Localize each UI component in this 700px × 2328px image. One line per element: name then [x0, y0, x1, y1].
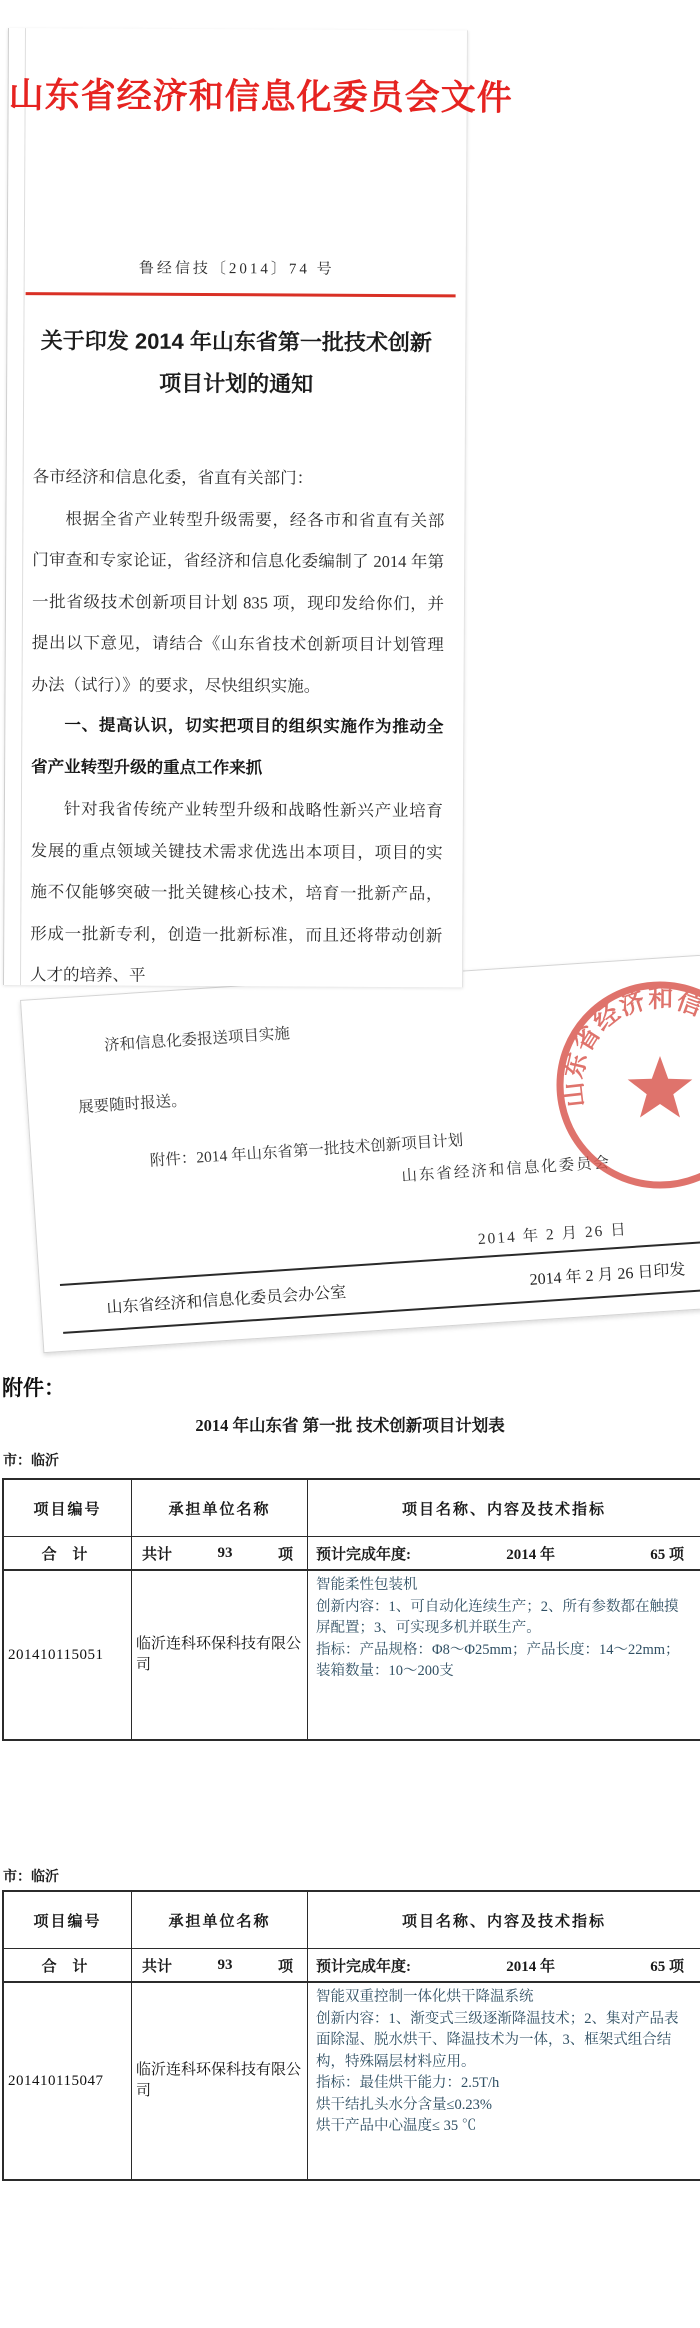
project-table-2: 项目编号 承担单位名称 项目名称、内容及技术指标 合 计 共计 93 项 预计完… [2, 1890, 700, 2181]
stamp-star-icon [628, 1056, 693, 1118]
scanned-page-1: 山东省经济和信息化委员会文件 鲁经信技〔2014〕74 号 关于印发 2014 … [3, 28, 468, 987]
project-table-1: 项目编号 承担单位名称 项目名称、内容及技术指标 合 计 共计 93 项 预计完… [2, 1478, 700, 1741]
year-count: 65 项 [650, 1955, 684, 1976]
total-row-label: 合 计 [4, 1949, 132, 1983]
document-title-line1: 关于印发 2014 年山东省第一批技术创新 [7, 320, 465, 364]
content-line: 创新内容：1、可自动化连续生产；2、所有参数都在触摸屏配置；3、可实现多机并联生… [316, 1597, 692, 1640]
total-prefix: 共计 [142, 1955, 172, 1976]
city-label-2: 市：临沂 [3, 1866, 59, 1886]
year-label: 预计完成年度: [316, 1955, 411, 1976]
column-header-content: 项目名称、内容及技术指标 [308, 1892, 700, 1949]
document-banner: 山东省经济和信息化委员会文件 [9, 68, 467, 120]
page2-text-line1: 济和信息化委报送项目实施 [103, 1021, 290, 1055]
column-header-project-id: 项目编号 [4, 1892, 132, 1949]
document-title-line2: 项目计划的通知 [7, 362, 465, 406]
project-id-cell: 201410115051 [4, 1571, 132, 1739]
content-line: 烘干产品中心温度≤ 35 ℃ [316, 2116, 692, 2138]
content-line: 指标：产品规格：Φ8～Φ25mm；产品长度：14～22mm；装箱数量：10～20… [316, 1640, 692, 1683]
content-line: 创新内容：1、渐变式三级逐渐降温技术；2、集对产品表面除湿、脱水烘干、降温技术为… [316, 2009, 692, 2074]
document-body: 各市经济和信息化委，省直有关部门： 根据全省产业转型升级需要，经各市和省直有关部… [30, 456, 445, 998]
body-paragraph-1: 根据全省产业转型升级需要，经各市和省直有关部门审查和专家论证，省经济和信息化委编… [31, 498, 444, 708]
content-line: 智能柔性包装机 [316, 1575, 692, 1597]
total-unit: 项 [278, 1543, 293, 1564]
year-count: 65 项 [650, 1543, 684, 1564]
project-id-cell: 201410115047 [4, 1983, 132, 2179]
body-heading-1: 一、提高认识，切实把项目的组织实施作为推动全省产业转型升级的重点工作来抓 [31, 705, 443, 790]
total-prefix: 共计 [142, 1543, 172, 1564]
column-header-company: 承担单位名称 [132, 1480, 308, 1537]
content-line: 指标：最佳烘干能力：2.5T/h [316, 2073, 692, 2095]
page-edge-line [20, 28, 26, 985]
total-count: 93 [218, 1957, 233, 1974]
page2-sign-date: 2014 年 2 月 26 日 [477, 1217, 628, 1249]
total-count: 93 [218, 1545, 233, 1562]
total-row-year-cell: 预计完成年度: 2014 年 65 项 [308, 1949, 700, 1983]
red-divider-rule [26, 292, 456, 297]
footer-print-date: 2014 年 2 月 26 日印发 [529, 1256, 686, 1289]
total-row-count-cell: 共计 93 项 [132, 1537, 308, 1571]
total-row-label: 合 计 [4, 1537, 132, 1571]
year-value: 2014 年 [506, 1543, 555, 1564]
year-label: 预计完成年度: [316, 1543, 411, 1564]
attachment-table-title: 2014 年山东省 第一批 技术创新项目计划表 [0, 1412, 700, 1436]
content-line: 烘干结扎头水分含量≤0.23% [316, 2095, 692, 2117]
project-content-cell: 智能柔性包装机 创新内容：1、可自动化连续生产；2、所有参数都在触摸屏配置；3、… [308, 1571, 700, 1739]
total-row-count-cell: 共计 93 项 [132, 1949, 308, 1983]
document-canvas: 济和信息化委报送项目实施 展要随时报送。 附件：2014 年山东省第一批技术创新… [0, 0, 700, 2328]
city-label-1: 市：临沂 [3, 1450, 59, 1470]
company-cell: 临沂连科环保科技有限公司 [132, 1983, 308, 2179]
column-header-company: 承担单位名称 [132, 1892, 308, 1949]
stamp-arc-text-holder: 山东省经济和信息化委员会 [547, 972, 700, 1112]
column-header-content: 项目名称、内容及技术指标 [308, 1480, 700, 1537]
page2-footer-box: 山东省经济和信息化委员会办公室 2014 年 2 月 26 日印发 [60, 1234, 700, 1334]
body-paragraph-2: 针对我省传统产业转型升级和战略性新兴产业培育发展的重点领域关键技术需求优选出本项… [30, 788, 443, 998]
official-seal-stamp: 山东省经济和信息化委员会 [547, 972, 700, 1198]
year-value: 2014 年 [506, 1955, 555, 1976]
content-line: 智能双重控制一体化烘干降温系统 [316, 1987, 692, 2009]
project-content-cell: 智能双重控制一体化烘干降温系统 创新内容：1、渐变式三级逐渐降温技术；2、集对产… [308, 1983, 700, 2179]
column-header-project-id: 项目编号 [4, 1480, 132, 1537]
attachment-label: 附件： [2, 1372, 65, 1402]
document-number: 鲁经信技〔2014〕74 号 [8, 256, 466, 279]
stamp-arc-text: 山东省经济和信息化委员会 [547, 972, 700, 1112]
total-unit: 项 [278, 1955, 293, 1976]
salutation: 各市经济和信息化委，省直有关部门： [33, 456, 445, 500]
page2-text-line2: 展要随时报送。 [77, 1088, 187, 1117]
company-cell: 临沂连科环保科技有限公司 [132, 1571, 308, 1739]
total-row-year-cell: 预计完成年度: 2014 年 65 项 [308, 1537, 700, 1571]
document-title: 关于印发 2014 年山东省第一批技术创新 项目计划的通知 [7, 320, 465, 406]
footer-issuing-office: 山东省经济和信息化委员会办公室 [106, 1279, 347, 1318]
